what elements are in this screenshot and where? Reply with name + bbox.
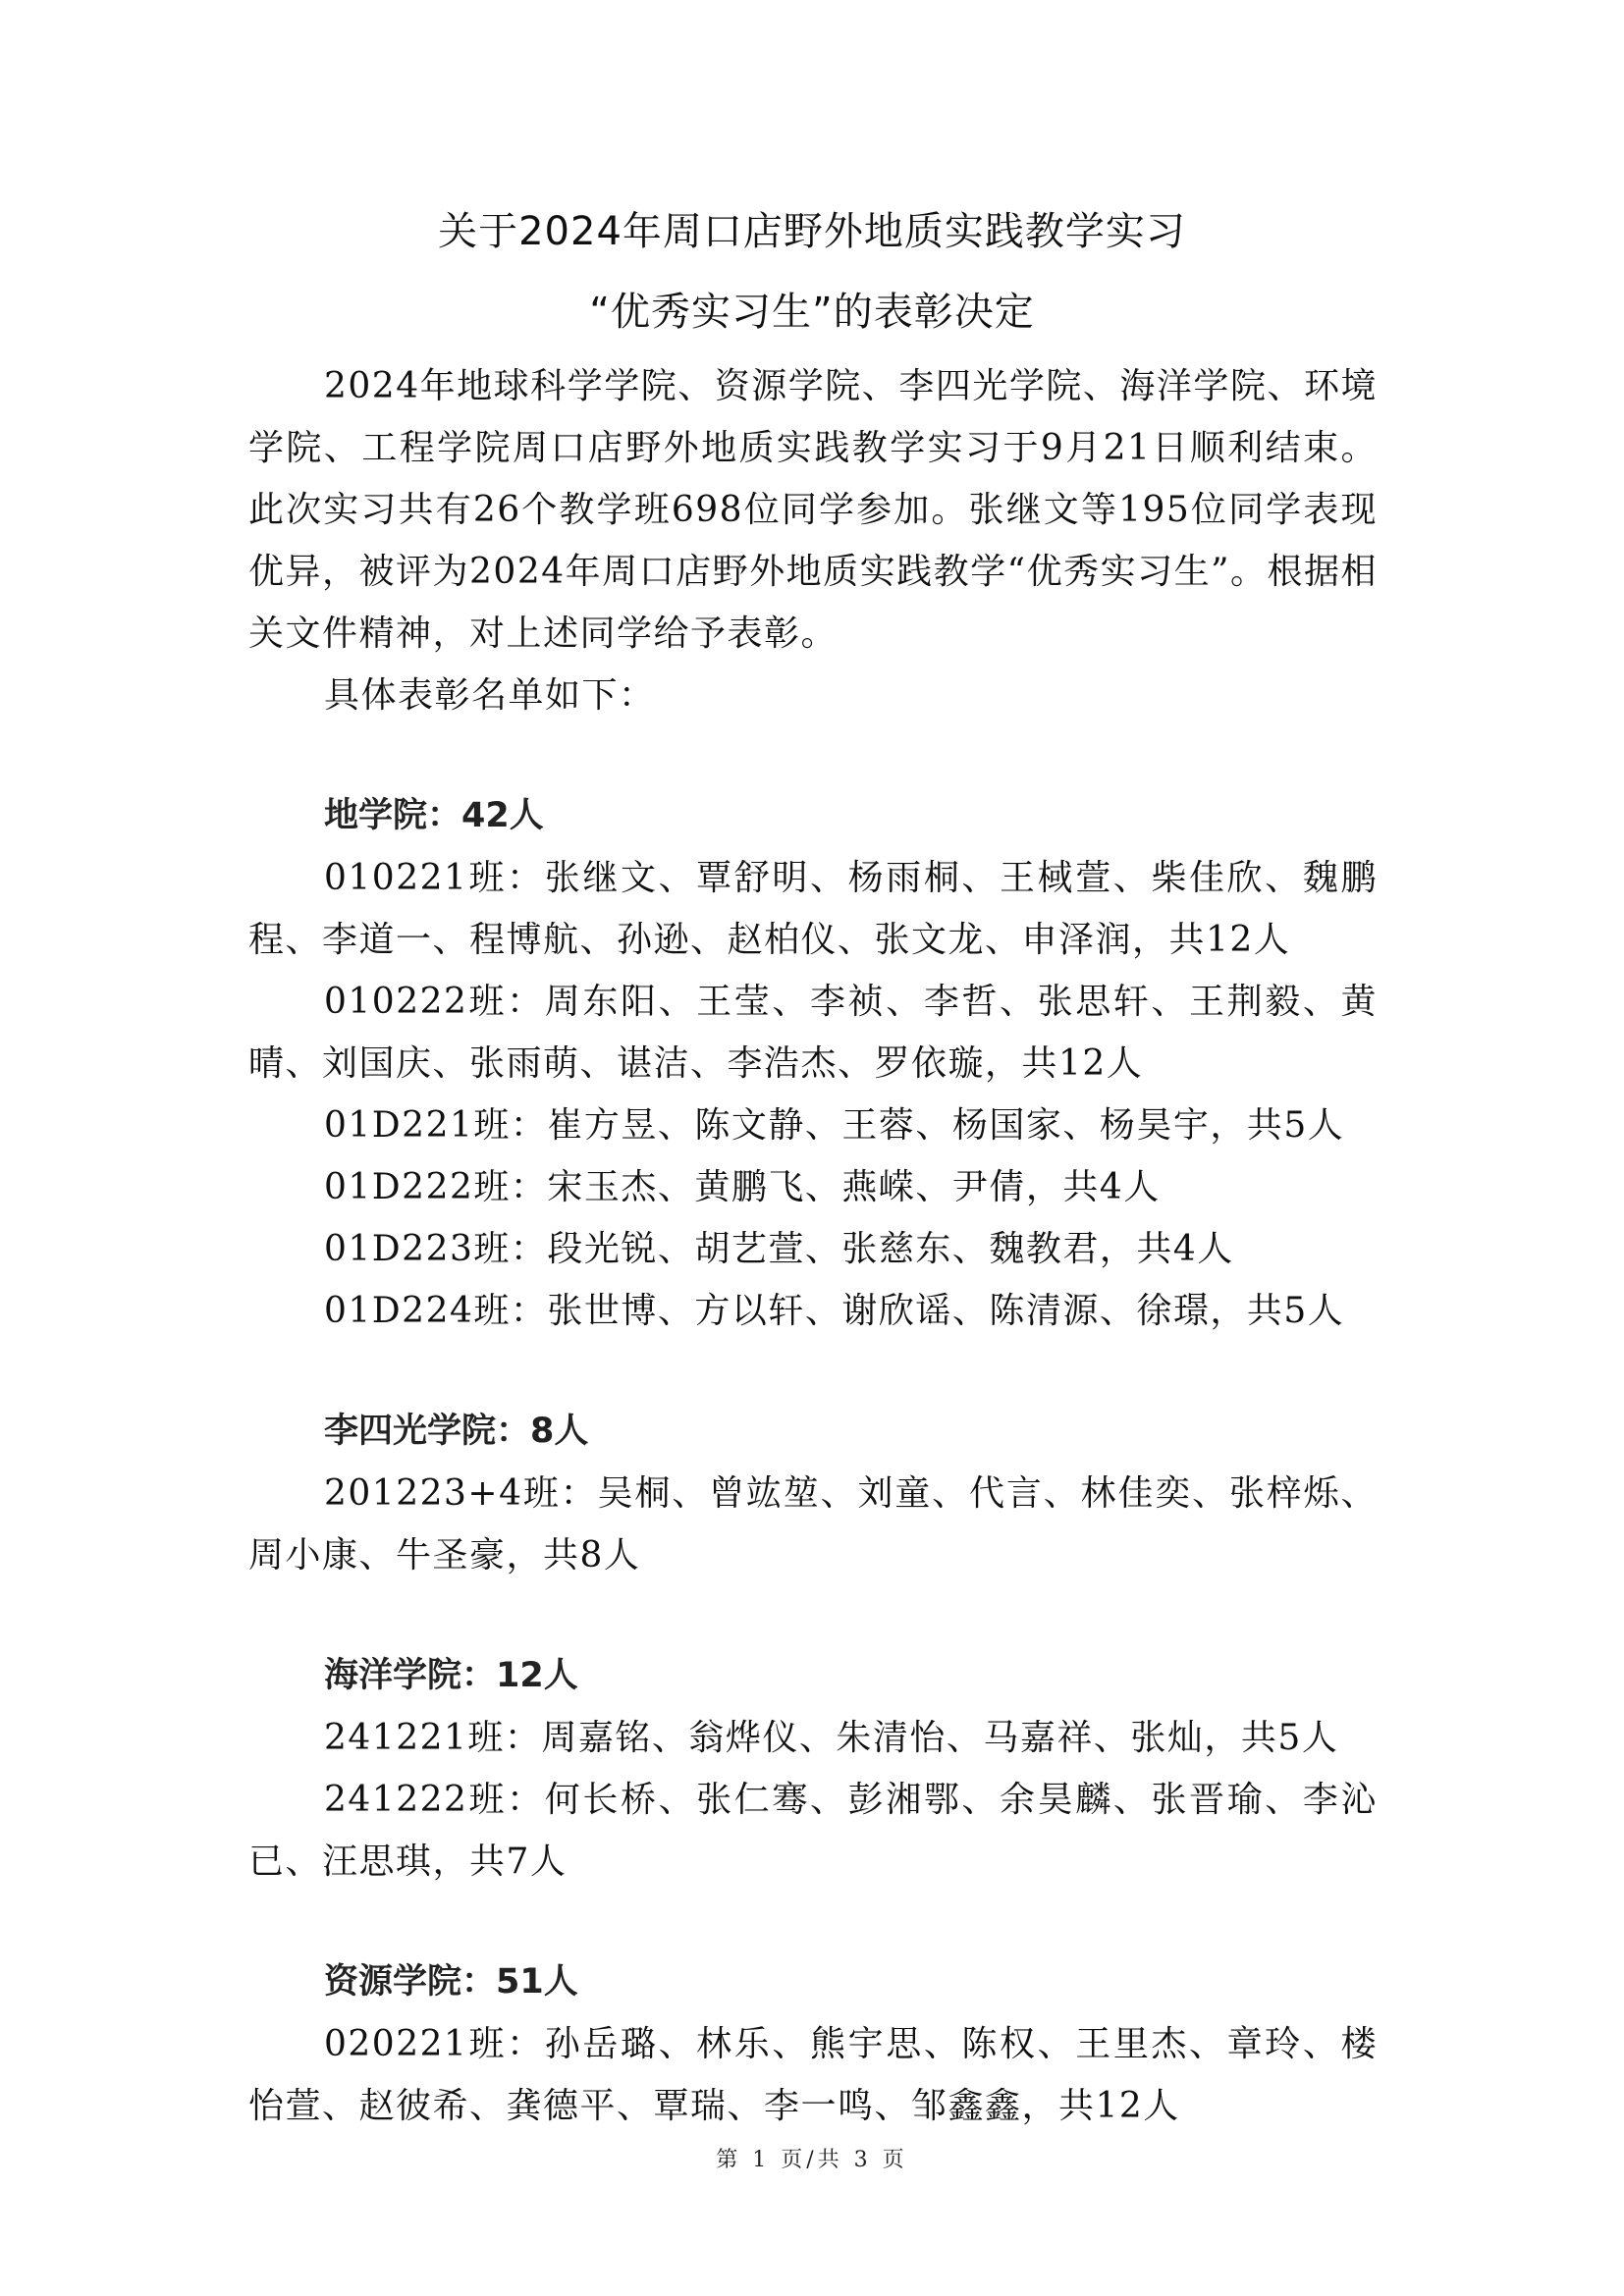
- class-entry: 020221班：孙岳璐、林乐、熊宇思、陈权、王里杰、章玲、楼怡萱、赵彼希、龚德平…: [248, 2013, 1378, 2137]
- intro-paragraph: 2024年地球科学学院、资源学院、李四光学院、海洋学院、环境学院、工程学院周口店…: [248, 355, 1378, 665]
- section-heading: 资源学院：51人: [248, 1951, 1378, 2013]
- class-entry: 201223+4班：吴桐、曾竑堃、刘童、代言、林佳奕、张梓烁、周小康、牛圣豪，共…: [248, 1463, 1378, 1586]
- document-body: 2024年地球科学学院、资源学院、李四光学院、海洋学院、环境学院、工程学院周口店…: [248, 355, 1378, 2137]
- class-entry: 01D224班：张世博、方以轩、谢欣谣、陈清源、徐璟，共5人: [248, 1280, 1378, 1342]
- spacer: [248, 726, 1378, 785]
- section-lisiguang: 李四光学院：8人 201223+4班：吴桐、曾竑堃、刘童、代言、林佳奕、张梓烁、…: [248, 1401, 1378, 1586]
- document-title-line2: “优秀实习生”的表彰决定: [0, 281, 1624, 337]
- section-resources: 资源学院：51人 020221班：孙岳璐、林乐、熊宇思、陈权、王里杰、章玲、楼怡…: [248, 1951, 1378, 2137]
- class-entry: 241222班：何长桥、张仁骞、彭湘鄂、余昊麟、张晋瑜、李沁已、汪思琪，共7人: [248, 1769, 1378, 1893]
- section-heading: 李四光学院：8人: [248, 1401, 1378, 1463]
- section-heading: 海洋学院：12人: [248, 1645, 1378, 1707]
- spacer: [248, 1893, 1378, 1951]
- class-entry: 241221班：周嘉铭、翁烨仪、朱清怡、马嘉祥、张灿，共5人: [248, 1707, 1378, 1769]
- spacer: [248, 1586, 1378, 1645]
- class-entry: 01D223班：段光锐、胡艺萱、张慈东、魏教君，共4人: [248, 1218, 1378, 1280]
- class-entry: 010222班：周东阳、王莹、李祯、李哲、张思轩、王荆毅、黄晴、刘国庆、张雨萌、…: [248, 971, 1378, 1095]
- document-title-line1: 关于2024年周口店野外地质实践教学实习: [0, 200, 1624, 256]
- list-intro: 具体表彰名单如下：: [248, 665, 1378, 726]
- class-entry: 010221班：张继文、覃舒明、杨雨桐、王棫萱、柴佳欣、魏鹏程、李道一、程博航、…: [248, 847, 1378, 971]
- spacer: [248, 1342, 1378, 1401]
- document-page: 关于2024年周口店野外地质实践教学实习 “优秀实习生”的表彰决定 2024年地…: [0, 0, 1624, 2296]
- section-heading: 地学院：42人: [248, 785, 1378, 847]
- class-entry: 01D222班：宋玉杰、黄鹏飞、燕嵘、尹倩，共4人: [248, 1156, 1378, 1218]
- class-entry: 01D221班：崔方昱、陈文静、王蓉、杨国家、杨昊宇，共5人: [248, 1095, 1378, 1156]
- page-footer: 第 1 页/共 3 页: [0, 2143, 1624, 2173]
- section-ocean: 海洋学院：12人 241221班：周嘉铭、翁烨仪、朱清怡、马嘉祥、张灿，共5人 …: [248, 1645, 1378, 1893]
- section-geoscience: 地学院：42人 010221班：张继文、覃舒明、杨雨桐、王棫萱、柴佳欣、魏鹏程、…: [248, 785, 1378, 1342]
